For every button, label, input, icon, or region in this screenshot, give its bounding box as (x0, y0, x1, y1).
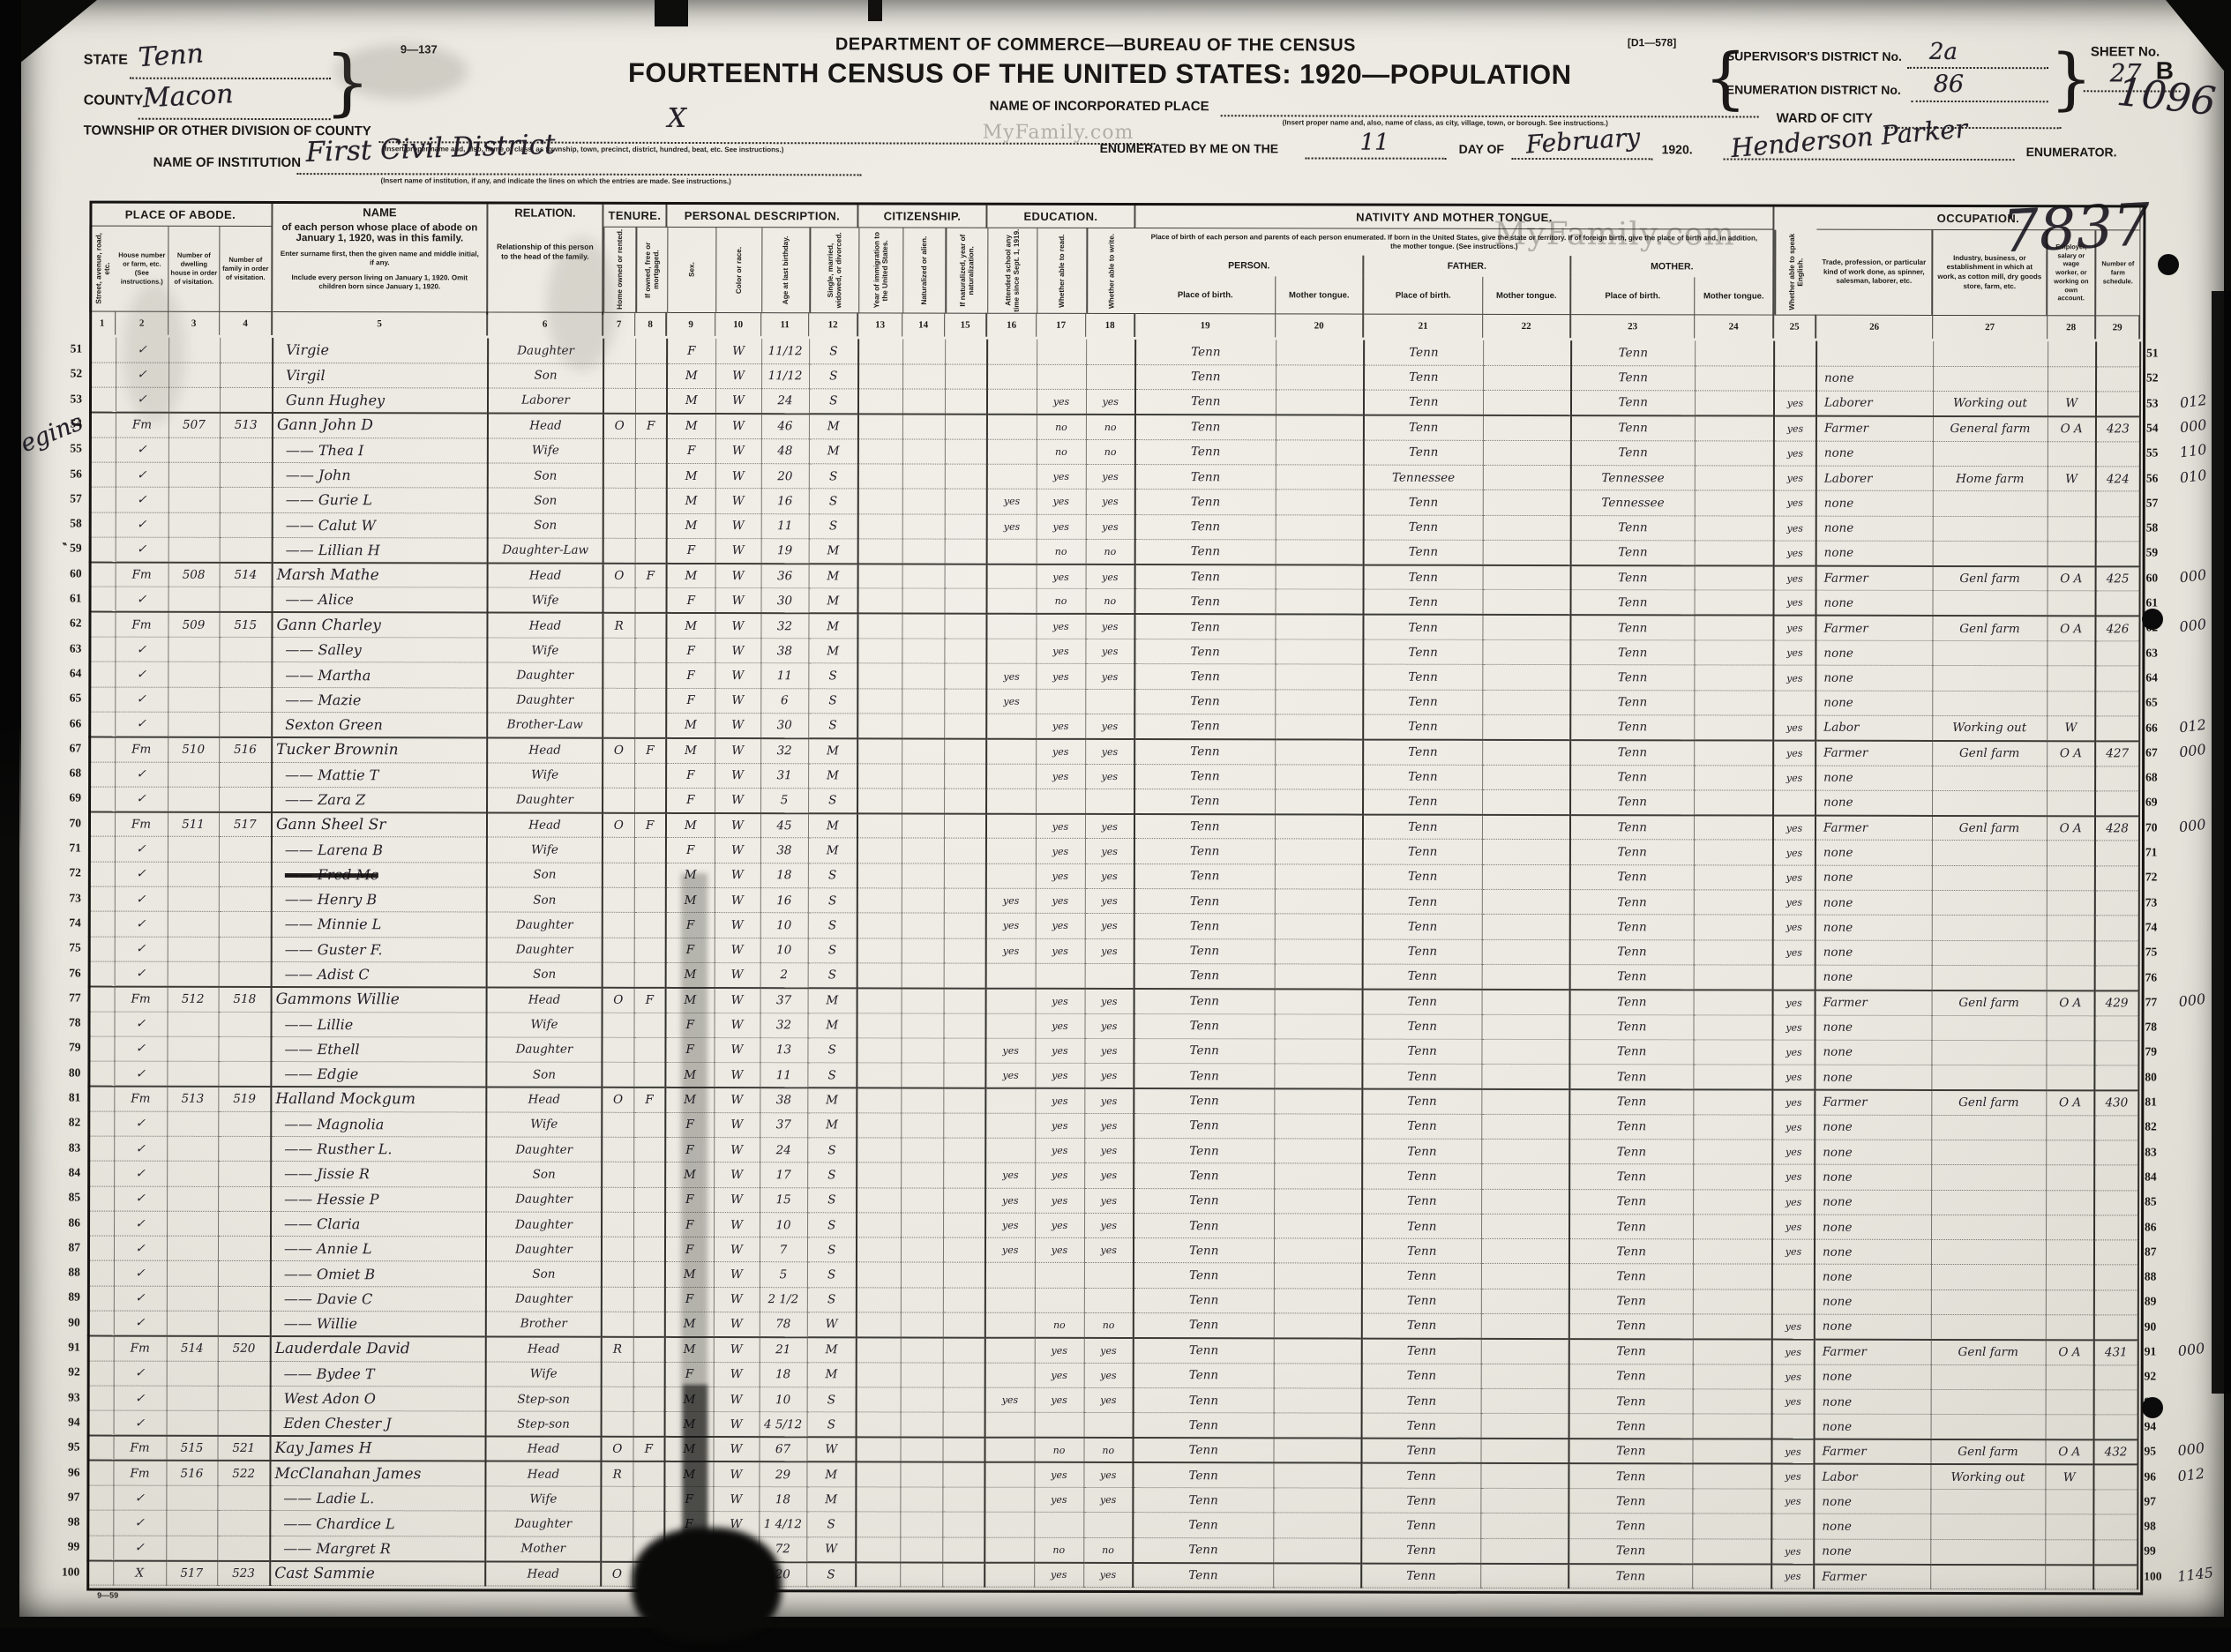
cell-name: —— Hessie P (271, 1186, 486, 1212)
cell-house_or_farm: ✓ (115, 937, 168, 961)
cell-col7 (602, 1237, 633, 1261)
cell-col23: Tenn (1569, 1140, 1693, 1165)
line-number-left-96: 96 (53, 1465, 79, 1479)
cell-col17 (1037, 364, 1086, 389)
cell-col22 (1481, 1164, 1569, 1190)
cell-family_no (219, 637, 272, 662)
cell-col14 (901, 1013, 943, 1038)
cell-col12: S (807, 1138, 857, 1162)
cell-col11: 24 (760, 1138, 807, 1162)
cell-col7 (603, 863, 634, 887)
line-number-left-72: 72 (55, 866, 81, 880)
cell-col13 (858, 464, 902, 489)
cell-left_note (87, 1286, 114, 1311)
cell-col16: yes (986, 938, 1036, 963)
cell-col28 (2048, 441, 2096, 466)
column-number-16: 16 (987, 313, 1037, 337)
cell-col22 (1481, 1139, 1569, 1164)
cell-col18: no (1083, 1537, 1133, 1562)
line-number-right-63: 63 (2145, 646, 2181, 660)
cell-dwelling_no (168, 662, 219, 687)
cell-col28: O A (2047, 741, 2095, 766)
cell-col13 (858, 588, 902, 613)
census-table-body: ✓VirgieDaughterFW11/12STennTennTenn✓Virg… (86, 338, 2141, 1590)
cell-col23: Tenn (1570, 864, 1694, 890)
cell-col23: Tenn (1569, 1039, 1693, 1065)
cell-col23: Tenn (1570, 815, 1694, 841)
cell-col19: Tenn (1134, 1238, 1274, 1264)
cell-dwelling_no (167, 1261, 218, 1286)
cell-col7 (603, 887, 634, 912)
incorporated-place-hint: (Insert proper name and, also, name of c… (1283, 118, 1608, 127)
cell-col21: Tenn (1363, 789, 1482, 815)
cell-col21: Tenn (1363, 639, 1482, 665)
cell-col14 (902, 813, 944, 838)
cell-col22 (1481, 1039, 1569, 1065)
cell-house_or_farm: Fm (114, 1087, 167, 1111)
cell-col15 (944, 813, 986, 838)
cell-col17: yes (1034, 1462, 1083, 1487)
cell-house_or_farm: Fm (116, 562, 168, 587)
cell-col18 (1084, 1263, 1134, 1288)
cell-left_note (86, 1485, 113, 1510)
cell-col25 (1773, 965, 1815, 990)
cell-col17 (1036, 689, 1085, 714)
cell-col20 (1275, 889, 1363, 915)
line-number-right-98: 98 (2144, 1520, 2179, 1534)
cell-col24 (1695, 590, 1774, 615)
cell-col16 (985, 1288, 1035, 1312)
cell-col26: Farmer (1815, 616, 1932, 641)
cell-col14 (901, 1138, 943, 1162)
cell-col8 (633, 1337, 665, 1362)
cell-col18: no (1086, 439, 1135, 464)
column-header-13: Year of immigration to the United States… (858, 228, 902, 312)
cell-col23: Tenn (1569, 1314, 1693, 1340)
cell-col17 (1037, 340, 1086, 364)
cell-col23: Tenn (1571, 540, 1695, 565)
cell-name: —— Rusther L. (271, 1136, 486, 1162)
cell-col20 (1274, 1163, 1362, 1189)
cell-col27 (1933, 341, 2048, 367)
cell-col10: W (715, 663, 760, 688)
cell-family_no (218, 1012, 271, 1036)
cell-col17 (1034, 1513, 1083, 1537)
line-number-right-88: 88 (2145, 1270, 2180, 1284)
cell-col27 (1933, 541, 2048, 566)
cell-col19: Tenn (1134, 1163, 1274, 1189)
cell-col6: Head (487, 737, 603, 763)
line-number-right-79: 79 (2145, 1045, 2180, 1059)
cell-col21: Tenn (1362, 1214, 1481, 1239)
cell-name: —— John (273, 462, 488, 488)
line-number-right-64: 64 (2145, 670, 2181, 684)
cell-col11: 13 (760, 1037, 807, 1062)
cell-house_or_farm: ✓ (115, 787, 168, 811)
cell-family_no (217, 1536, 270, 1560)
cell-col21: Tenn (1362, 1388, 1481, 1414)
line-number-left-53: 53 (56, 392, 82, 406)
line-number-left-60: 60 (56, 566, 82, 580)
cell-col21: Tenn (1363, 714, 1482, 740)
cell-col23: Tenn (1571, 415, 1695, 441)
cell-col20 (1275, 615, 1363, 640)
cell-col6: Son (486, 1162, 602, 1187)
cell-col15 (942, 1537, 984, 1562)
cell-col11: 16 (761, 489, 809, 513)
cell-col25: yes (1774, 490, 1816, 515)
cell-col18: yes (1086, 390, 1135, 415)
cell-col27 (1933, 441, 2048, 467)
cell-col24 (1693, 1314, 1772, 1339)
cell-col8 (635, 339, 667, 363)
cell-col7 (603, 663, 634, 688)
cell-col22 (1483, 465, 1571, 490)
cell-col26: none (1815, 1265, 1931, 1290)
cell-col21: Tenn (1363, 864, 1482, 890)
cell-col29 (2095, 666, 2139, 691)
line-number-right-100: 100 (2144, 1569, 2179, 1583)
cell-dwelling_no: 511 (168, 811, 219, 836)
cell-col16: yes (986, 689, 1036, 714)
margin-number-line-54: 000 (2179, 416, 2208, 437)
cell-col20 (1276, 465, 1364, 490)
cell-col19: Tenn (1135, 465, 1276, 490)
line-number-left-87: 87 (54, 1240, 80, 1254)
cell-name: —— Mazie (272, 687, 487, 713)
cell-col16 (985, 1138, 1035, 1162)
cell-name: —— Alice (273, 587, 488, 613)
cell-col28 (2046, 1415, 2094, 1439)
cell-left_note (88, 961, 115, 986)
cell-col14 (901, 1288, 943, 1312)
cell-name: —— Zara Z (272, 787, 487, 812)
cell-col29: 430 (2094, 1090, 2138, 1115)
cell-left_note (89, 587, 116, 612)
cell-col26: Farmer (1815, 740, 1932, 766)
cell-col11: 16 (760, 888, 808, 913)
line-number-right-89: 89 (2145, 1295, 2180, 1309)
cell-col25 (1772, 1414, 1815, 1439)
cell-col17: yes (1036, 739, 1085, 764)
cell-family_no: 523 (217, 1560, 270, 1585)
column-number-29: 29 (2096, 315, 2140, 339)
cell-house_or_farm: Fm (115, 986, 168, 1011)
cell-col15 (945, 539, 987, 564)
cell-col26: none (1815, 940, 1932, 966)
cell-col24 (1695, 441, 1774, 466)
cell-col7 (603, 938, 634, 962)
cell-col16 (984, 1438, 1034, 1462)
cell-col10: W (715, 489, 761, 513)
nativity-description: Place of birth of each person and parent… (1135, 228, 1774, 257)
cell-col11: 67 (759, 1437, 806, 1461)
cell-col17: yes (1035, 1163, 1084, 1188)
cell-col8: F (633, 1088, 665, 1112)
cell-col13 (857, 1363, 901, 1387)
cell-col28 (2046, 1190, 2094, 1215)
cell-col26: Farmer (1815, 1340, 1931, 1365)
cell-dwelling_no (166, 1536, 217, 1560)
cell-col12: S (808, 688, 857, 713)
cell-col12: S (808, 714, 857, 738)
institution-label: NAME OF INSTITUTION (153, 155, 302, 170)
cell-col7 (602, 1162, 633, 1187)
cell-left_note (87, 1012, 114, 1036)
cell-name: —— Claria (271, 1211, 486, 1237)
column-number-1: 1 (89, 311, 116, 335)
cell-col8: F (634, 812, 666, 837)
cell-col18: yes (1085, 614, 1134, 639)
cell-col20 (1274, 1188, 1362, 1214)
cell-col24 (1693, 1339, 1772, 1364)
cell-col8: F (635, 564, 667, 588)
cell-col28 (2047, 641, 2095, 666)
cell-col16 (984, 1537, 1034, 1562)
cell-col15 (943, 1312, 985, 1337)
cell-col12: S (809, 339, 858, 363)
cell-col14 (902, 689, 944, 714)
subgroup-mother: MOTHER. (1571, 256, 1774, 277)
cell-col20 (1274, 1338, 1362, 1364)
cell-left_note (87, 1311, 114, 1335)
cell-left_note (87, 1335, 114, 1360)
cell-family_no: 516 (219, 737, 272, 762)
day-of-label: DAY OF (1459, 142, 1504, 156)
cell-left_note (88, 762, 115, 787)
cell-col23: Tenn (1568, 1463, 1692, 1489)
cell-col23: Tenn (1570, 740, 1694, 766)
cell-col9: F (666, 638, 715, 662)
cell-col10: W (715, 588, 761, 613)
cell-name: —— Adist C (272, 961, 487, 987)
cell-house_or_farm: ✓ (115, 837, 168, 862)
cell-col19: Tenn (1134, 938, 1275, 964)
line-number-left-67: 67 (55, 741, 81, 755)
cell-col15 (943, 1412, 985, 1437)
cell-col21: Tenn (1364, 515, 1483, 541)
cell-col11: 4 5/12 (760, 1412, 807, 1437)
cell-col24 (1692, 1489, 1771, 1514)
cell-col20 (1276, 589, 1364, 615)
cell-col29: 424 (2096, 467, 2140, 491)
line-number-left-63: 63 (55, 641, 81, 655)
cell-col13 (857, 689, 902, 714)
line-number-left-71: 71 (55, 841, 81, 855)
cell-dwelling_no (167, 1036, 218, 1061)
cell-col11: 37 (760, 1112, 807, 1137)
cell-left_note (86, 1560, 113, 1585)
cell-col27 (1931, 1015, 2046, 1041)
cell-col14 (900, 1487, 942, 1512)
cell-col12: S (808, 938, 857, 962)
cell-col16 (986, 813, 1036, 838)
cell-left_note (88, 637, 115, 662)
cell-col28 (2045, 1514, 2093, 1539)
enumerator-label: ENUMERATOR. (2026, 145, 2117, 159)
cell-col19: Tenn (1134, 1064, 1274, 1089)
line-number-right-95: 95 (2145, 1445, 2180, 1459)
cell-col24 (1692, 1564, 1771, 1588)
cell-house_or_farm: Fm (115, 811, 168, 836)
cell-family_no (220, 537, 273, 562)
cell-col27 (1933, 591, 2048, 617)
column-header-14: Naturalized or alien. (902, 228, 945, 312)
cell-col20 (1276, 564, 1364, 590)
cell-col17: yes (1035, 1113, 1084, 1138)
cell-col11: 18 (760, 863, 808, 887)
cell-col12: S (808, 913, 857, 938)
cell-col14 (901, 1162, 943, 1187)
cell-col6: Laborer (488, 388, 603, 414)
cell-col18 (1083, 1513, 1133, 1537)
cell-col20 (1275, 914, 1363, 939)
cell-col10: W (715, 414, 761, 438)
cell-col20 (1275, 814, 1363, 840)
cell-col21: Tenn (1364, 365, 1483, 391)
cell-col29 (2095, 716, 2139, 741)
cell-col15 (945, 514, 987, 539)
cell-col17: yes (1035, 1138, 1084, 1162)
cell-col15 (945, 439, 987, 464)
cell-col25 (1774, 341, 1816, 366)
cell-col14 (902, 863, 944, 888)
cell-col13 (857, 1088, 901, 1112)
cell-col25 (1773, 691, 1815, 715)
cell-col18: yes (1083, 1488, 1133, 1513)
cell-col25: yes (1772, 1239, 1815, 1264)
cell-col15 (945, 414, 987, 438)
cell-col29 (2094, 1240, 2138, 1265)
cell-col20 (1275, 789, 1363, 815)
line-number-right-51: 51 (2146, 346, 2182, 360)
cell-col6: Head (486, 1087, 602, 1112)
cell-family_no: 522 (217, 1461, 270, 1485)
cell-col19: Tenn (1134, 1313, 1274, 1339)
cell-col10: W (715, 538, 761, 563)
cell-col7 (602, 1312, 633, 1336)
cell-name: McClanahan James (270, 1461, 485, 1486)
cell-col21: Tenn (1362, 1313, 1481, 1339)
cell-col7 (603, 489, 635, 513)
cell-col20 (1273, 1488, 1361, 1514)
cell-col27: Working out (1930, 1464, 2045, 1490)
cell-col25 (1772, 1265, 1815, 1289)
cell-col25: yes (1772, 1140, 1815, 1164)
cell-col24 (1693, 1014, 1772, 1039)
cell-col19: Tenn (1134, 889, 1275, 915)
cell-col19: Tenn (1134, 914, 1275, 939)
cell-family_no (219, 862, 272, 886)
cell-col27 (1931, 1040, 2046, 1065)
cell-col28: O A (2047, 616, 2095, 640)
cell-left_note (87, 1386, 114, 1410)
cell-col6: Wife (486, 1112, 602, 1138)
cell-col17: yes (1036, 664, 1085, 689)
cell-col20 (1274, 1413, 1362, 1439)
column-header-8: If owned, free or mortgaged. (635, 228, 667, 312)
cell-col13 (857, 938, 902, 963)
cell-col28 (2047, 666, 2095, 691)
cell-col28 (2046, 1165, 2094, 1190)
district-brace-right: } (2050, 39, 2093, 117)
cell-col25: yes (1773, 815, 1815, 840)
cell-col25: yes (1772, 1115, 1815, 1140)
line-number-left-76: 76 (55, 966, 81, 980)
cell-col8 (634, 788, 666, 812)
cell-col21: Tenn (1363, 914, 1482, 939)
cell-name: —— Omiet B (271, 1261, 486, 1287)
cell-col28: O A (2048, 566, 2096, 591)
line-number-left-82: 82 (54, 1116, 80, 1130)
cell-col7 (603, 363, 635, 388)
cell-col20 (1275, 639, 1363, 665)
cell-col21: Tenn (1362, 1289, 1481, 1314)
cell-house_or_farm: ✓ (114, 1111, 167, 1136)
cell-col17: yes (1036, 614, 1085, 639)
cell-col17: no (1037, 439, 1086, 464)
cell-col7: R (603, 613, 634, 638)
cell-col21: Tenn (1362, 1189, 1481, 1215)
cell-col13 (857, 913, 902, 938)
cell-col17: yes (1036, 639, 1085, 663)
cell-col17: no (1035, 1312, 1084, 1337)
cell-col25: yes (1773, 915, 1815, 939)
year-label: 1920. (1662, 142, 1693, 156)
cell-dwelling_no (168, 637, 219, 662)
cell-col21: Tenn (1362, 1163, 1481, 1189)
cell-col25: yes (1772, 1314, 1815, 1339)
column-number-17: 17 (1037, 313, 1086, 337)
cell-dwelling_no (167, 1061, 218, 1086)
cell-col9: M (666, 738, 715, 763)
cell-col29 (2094, 1190, 2138, 1215)
cell-col24 (1695, 541, 1774, 565)
cell-col12: M (808, 639, 857, 663)
cell-col21: Tenn (1362, 1338, 1481, 1364)
cell-col27 (1932, 865, 2047, 891)
cell-col28: W (2045, 1465, 2093, 1490)
cell-house_or_farm: ✓ (115, 637, 168, 662)
cell-col15 (944, 789, 986, 813)
cell-house_or_farm: ✓ (115, 886, 168, 911)
cell-col18: yes (1084, 1088, 1134, 1113)
cell-col17: no (1037, 415, 1086, 439)
cell-col22 (1483, 540, 1571, 565)
cell-left_note (88, 612, 115, 637)
cell-col22 (1481, 1289, 1569, 1314)
cell-left_note (88, 687, 115, 712)
cell-col10: W (714, 1237, 760, 1262)
line-number-left-55: 55 (56, 442, 82, 456)
line-number-right-59: 59 (2146, 546, 2182, 560)
cell-col8 (635, 363, 667, 388)
cell-name: —— Lillian H (273, 537, 488, 563)
cell-col22 (1482, 615, 1570, 640)
cell-col21: Tenn (1361, 1514, 1480, 1539)
cell-col26: none (1815, 915, 1932, 940)
cell-col20 (1276, 365, 1364, 391)
cell-col25: yes (1771, 1489, 1814, 1514)
cell-col6: Daughter (487, 788, 603, 813)
cell-col7: O (602, 1088, 633, 1112)
cell-col17: yes (1035, 1038, 1084, 1063)
cell-col11: 21 (760, 1337, 807, 1362)
cell-col14 (900, 1462, 942, 1487)
cell-family_no (219, 886, 272, 911)
cell-col29 (2095, 966, 2139, 990)
cell-col11: 45 (760, 813, 808, 838)
